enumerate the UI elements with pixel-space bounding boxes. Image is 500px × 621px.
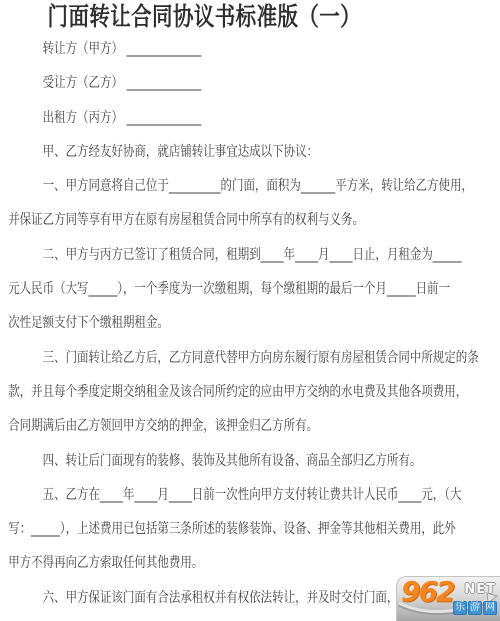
watermark-site-name: 乐游网 <box>453 601 497 615</box>
contract-line: 出租方（丙方） _____________ <box>8 101 500 135</box>
contract-line: 五、乙方在____年____月____日前一次性向甲方支付转让费共计人民币___… <box>8 478 500 512</box>
document-title: 门面转让合同协议书标准版（一） <box>48 2 500 32</box>
watermark-net-text: NET <box>464 582 496 597</box>
contract-line: 款，并且每个季度定期交纳租金及该合同所约定的应由甲方交纳的水电费及其他各项费用， <box>8 375 500 409</box>
contract-line: 甲、乙方经友好协商，就店铺转让事宜达成以下协议： <box>8 135 500 169</box>
contract-body: 转让方（甲方） _____________受让方（乙方） ___________… <box>8 32 500 615</box>
contract-line: 四、转让后门面现有的装修、装饰及其他所有设备、商品全部归乙方所有。 <box>8 444 500 478</box>
contract-line: 受让方（乙方） _____________ <box>8 66 500 100</box>
contract-line: 转让方（甲方） _____________ <box>8 32 500 66</box>
contract-document-page: 门面转让合同协议书标准版（一） 转让方（甲方） _____________受让方… <box>0 0 500 621</box>
contract-line: 一、甲方同意将自己位于_________的门面，面积为______平方米，转让给… <box>8 169 500 203</box>
contract-line: 元人民币（大写_____），一个季度为一次缴租期，每个缴租期的最后一个月____… <box>8 272 500 306</box>
site-name-char: 网 <box>483 601 497 615</box>
contract-line: 写：_____），上述费用已包括第三条所述的装修装饰、设备、押金等其他相关费用，… <box>8 512 500 546</box>
site-name-char: 乐 <box>453 601 467 615</box>
site-name-char: 游 <box>468 601 482 615</box>
contract-line: 并保证乙方同等享有甲方在原有房屋租赁合同中所享有的权利与义务。 <box>8 203 500 237</box>
962net-watermark-logo: 962 NET 乐游网 <box>396 576 500 621</box>
contract-line: 次性足额支付下个缴租期租金。 <box>8 306 500 340</box>
contract-line: 合同期满后由乙方领回甲方交纳的押金，该押金归乙方所有。 <box>8 409 500 443</box>
contract-line: 三、门面转让给乙方后，乙方同意代替甲方向房东履行原有房屋租赁合同中所规定的条 <box>8 341 500 375</box>
document-content: 门面转让合同协议书标准版（一） 转让方（甲方） _____________受让方… <box>0 0 500 615</box>
contract-line: 二、甲方与丙方已签订了租赁合同，租期到____年____月____日止，月租金为… <box>8 238 500 272</box>
